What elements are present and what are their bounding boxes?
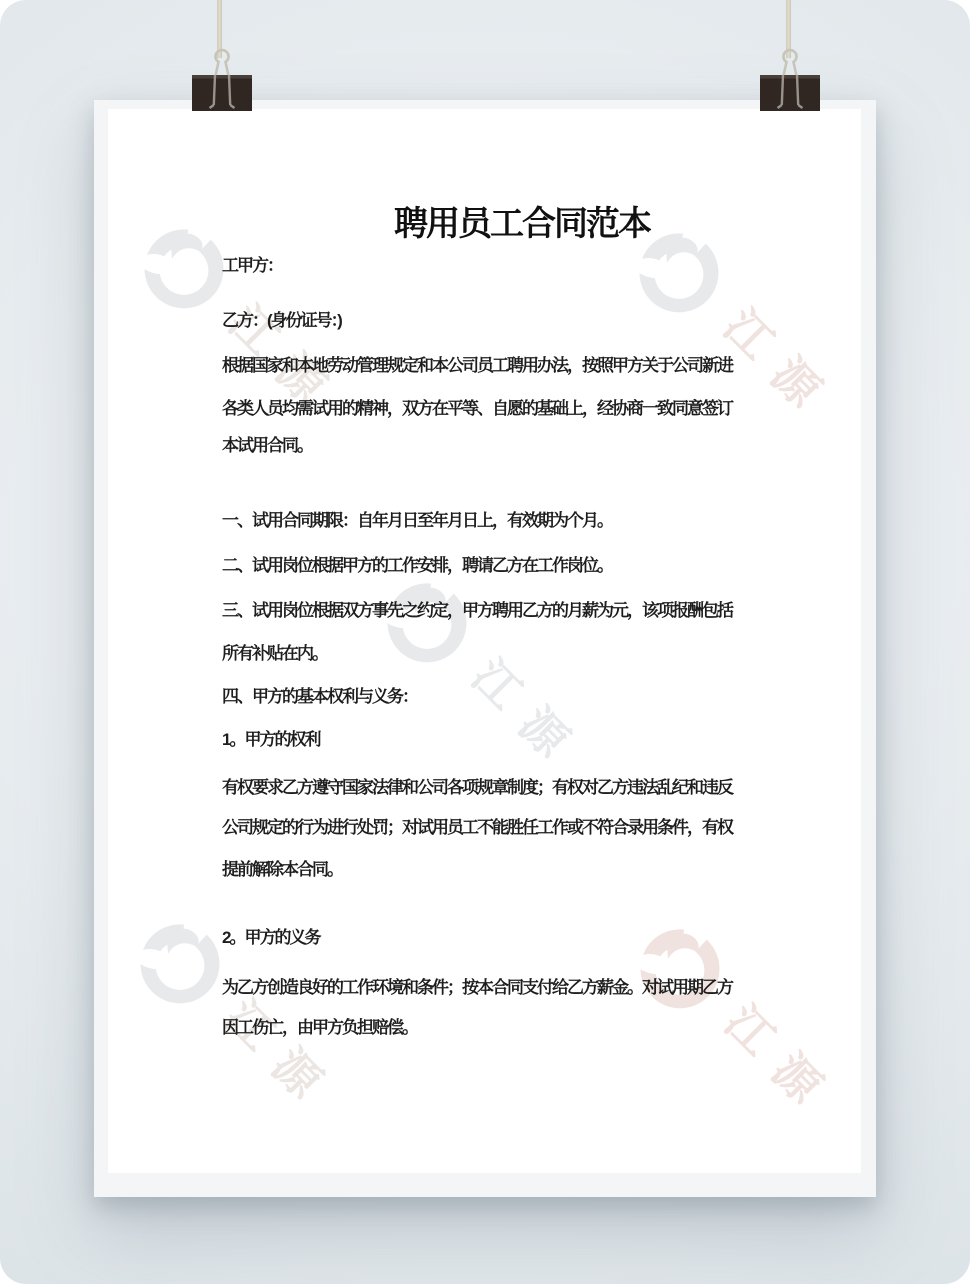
contract-line: 所有补贴在内。 — [222, 645, 876, 663]
contract-line: 二、试用岗位根据甲方的工作安排，聘请乙方在工作岗位。 — [222, 557, 876, 575]
contract-line: 工甲方： — [222, 257, 876, 275]
contract-line: 提前解除本合同。 — [222, 861, 876, 879]
binder-clip-left — [187, 42, 257, 112]
binder-clip-right — [755, 42, 825, 112]
clip-body — [760, 75, 820, 111]
contract-line: 本试用合同。 — [222, 437, 876, 455]
contract-line: 三、试用岗位根据双方事先之约定，甲方聘用乙方的月薪为元，该项报酬包括 — [222, 602, 876, 620]
contract-line: 为乙方创造良好的工作环境和条件；按本合同支付给乙方薪金。对试用期乙方 — [222, 979, 876, 997]
clip-body — [192, 75, 252, 111]
poster-mockup-scene: 江 源 江 源 江 源 — [0, 0, 970, 1284]
contract-line: 公司规定的行为进行处罚；对试用员工不能胜任工作或不符合录用条件，有权 — [222, 819, 876, 837]
contract-line: 根据国家和本地劳动管理规定和本公司员工聘用办法，按照甲方关于公司新进 — [222, 357, 876, 375]
contract-line: 2。甲方的义务 — [222, 929, 876, 947]
document-title: 聘用员工合同范本 — [394, 205, 650, 245]
contract-content: 聘用员工合同范本 工甲方： 乙方：(身份证号：) 根据国家和本地劳动管理规定和本… — [94, 100, 876, 1197]
contract-line: 乙方：(身份证号：) — [222, 312, 876, 330]
contract-line: 各类人员均需试用的精神，双方在平等、自愿的基础上，经协商一致同意签订 — [222, 400, 876, 418]
contract-paper: 江 源 江 源 江 源 — [94, 100, 876, 1197]
contract-line: 一、试用合同期限：自年月日至年月日上，有效期为个月。 — [222, 512, 876, 530]
contract-line: 四、甲方的基本权利与义务： — [222, 688, 876, 706]
contract-line: 有权要求乙方遵守国家法律和公司各项规章制度；有权对乙方违法乱纪和违反 — [222, 779, 876, 797]
contract-line: 因工伤亡，由甲方负担赔偿。 — [222, 1019, 876, 1037]
contract-line: 1。甲方的权利 — [222, 731, 876, 749]
